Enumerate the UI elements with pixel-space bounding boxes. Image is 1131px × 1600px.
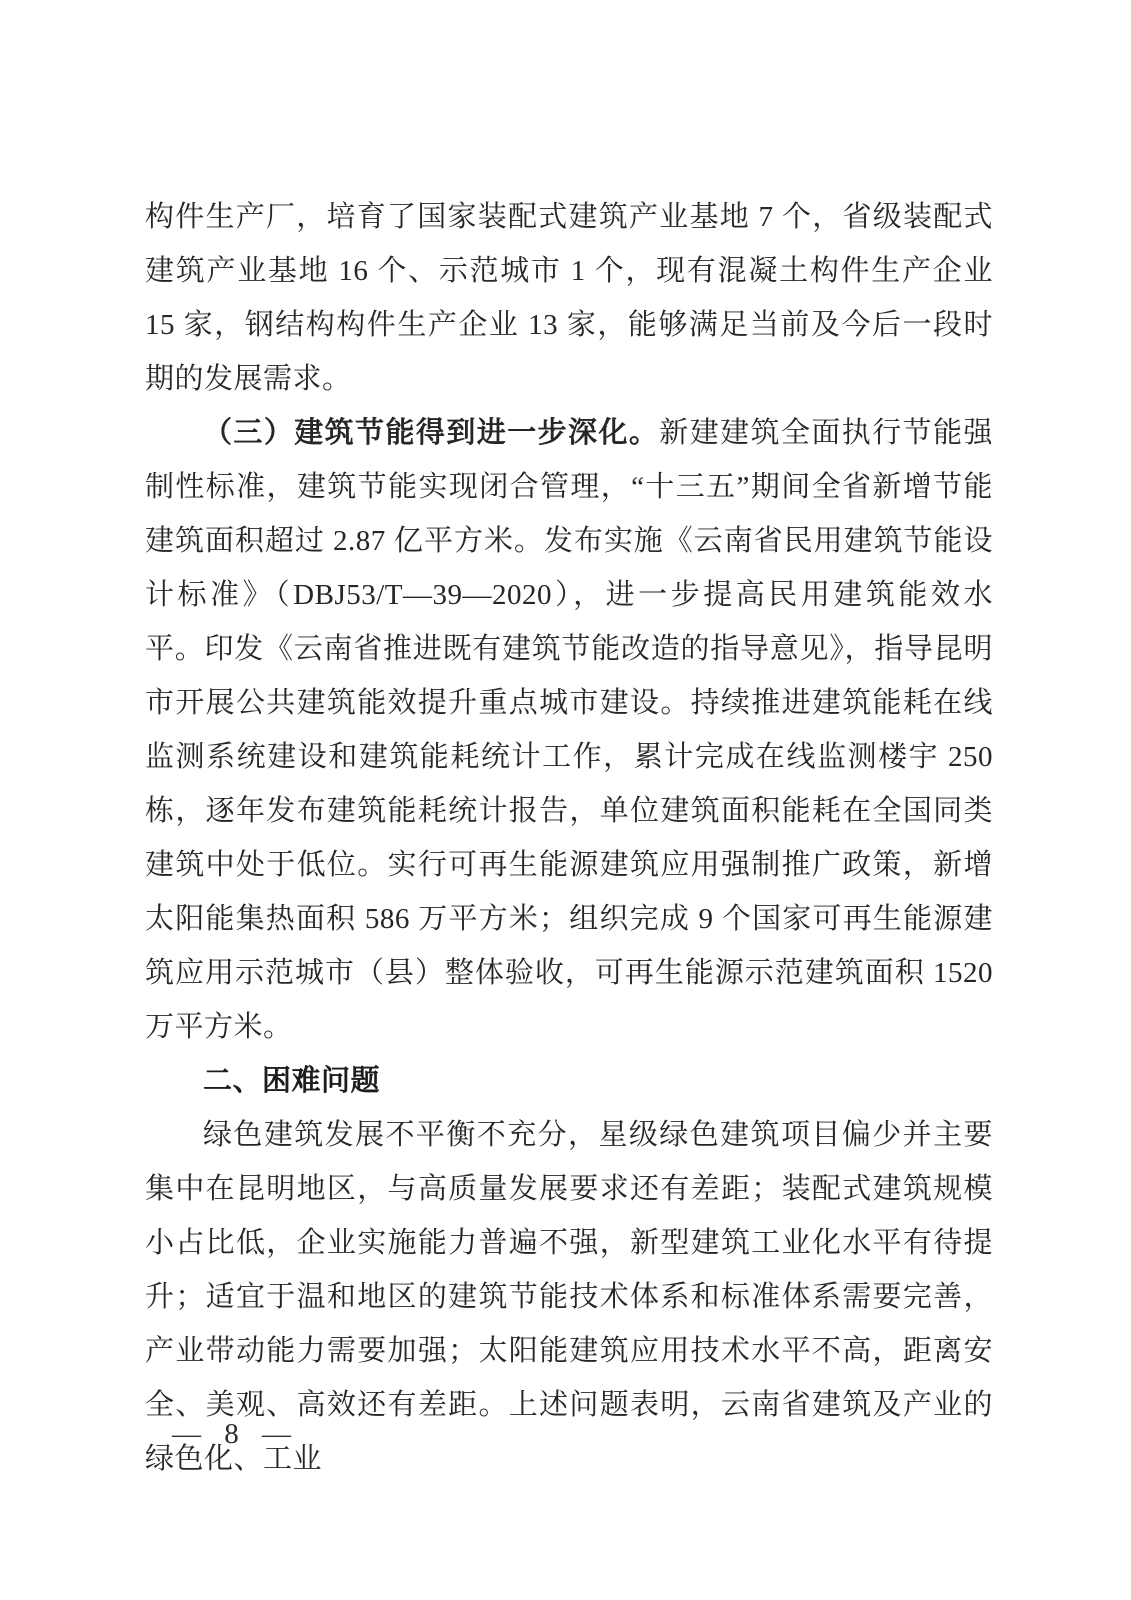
page-number: — 8 — [172, 1412, 299, 1456]
document-body: 构件生产厂，培育了国家装配式建筑产业基地 7 个，省级装配式建筑产业基地 16 … [145, 190, 993, 1486]
document-page: 构件生产厂，培育了国家装配式建筑产业基地 7 个，省级装配式建筑产业基地 16 … [0, 0, 1131, 1600]
section-three-body: 新建建筑全面执行节能强制性标准，建筑节能实现闭合管理，“十三五”期间全省新增节能… [145, 417, 993, 1043]
section-three-lead: （三）建筑节能得到进一步深化。 [203, 417, 659, 449]
paragraph-carryover: 构件生产厂，培育了国家装配式建筑产业基地 7 个，省级装配式建筑产业基地 16 … [145, 190, 993, 406]
paragraph-section-three: （三）建筑节能得到进一步深化。新建建筑全面执行节能强制性标准，建筑节能实现闭合管… [145, 406, 993, 1054]
section-heading-difficulties: 二、困难问题 [145, 1054, 993, 1108]
